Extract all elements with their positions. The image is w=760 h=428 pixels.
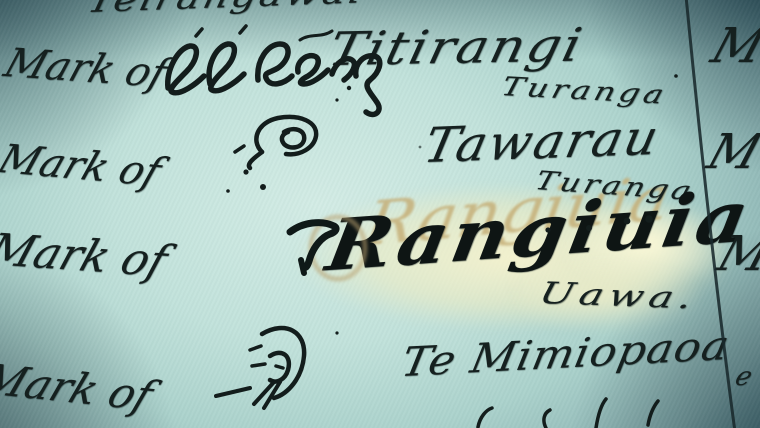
- mark-of-label-1: Mark of: [0, 40, 173, 96]
- bottom-partial-strokes: [478, 399, 658, 428]
- moko-mark-row2: [226, 117, 316, 193]
- mark-of-label-4: Mark of: [0, 355, 159, 420]
- manuscript-photo: Rangiuia Teirangawai Mark of Titirangi T…: [0, 0, 760, 428]
- margin-letter-e1: e: [732, 362, 756, 392]
- top-partial-line: Teirangawai: [84, 0, 369, 20]
- place-name-1: Turanga: [498, 72, 671, 110]
- place-name-3: Uawa.: [536, 276, 702, 316]
- signatory-name-2: Tawarau: [419, 110, 665, 175]
- margin-letter-m2: M: [701, 124, 760, 180]
- moko-mark-row4: [216, 328, 304, 408]
- mark-of-label-2: Mark of: [0, 137, 167, 196]
- mark-of-label-3: Mark of: [0, 225, 173, 287]
- signatory-name-4: Te Mimiopaoa: [397, 323, 733, 387]
- signatory-name-1: Titirangi: [324, 17, 589, 76]
- margin-letter-m1: M: [705, 18, 760, 74]
